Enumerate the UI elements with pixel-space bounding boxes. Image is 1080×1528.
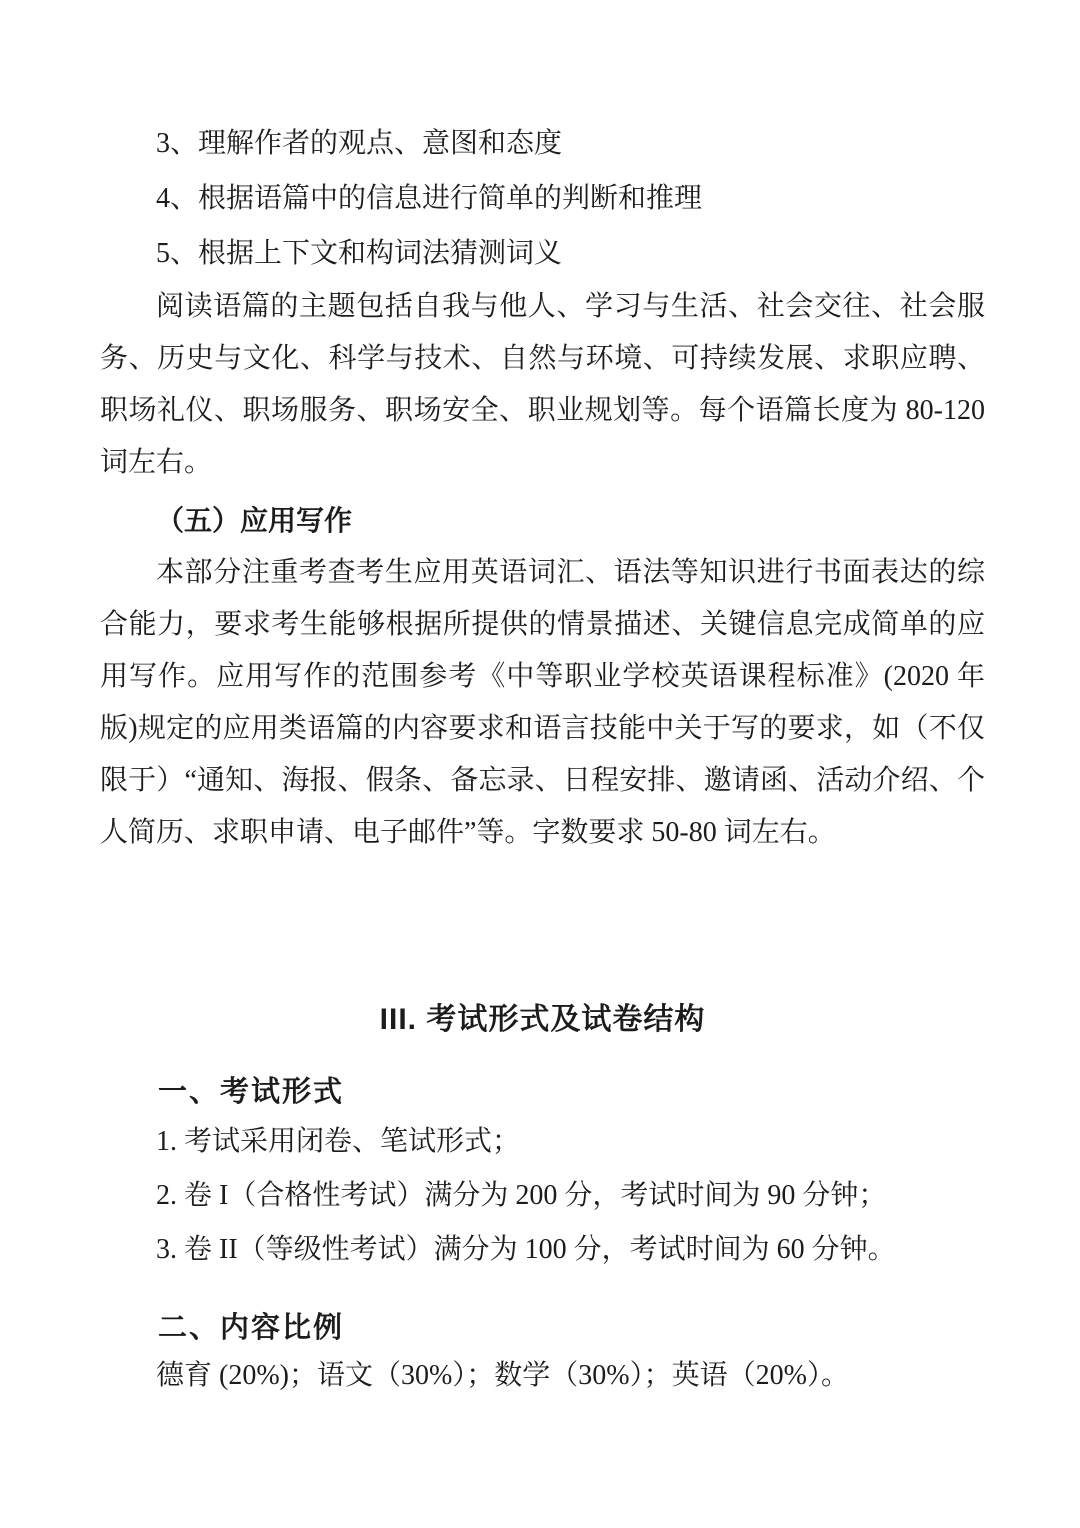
- applied-writing-paragraph: 本部分注重考查考生应用英语词汇、语法等知识进行书面表达的综合能力，要求考生能够根…: [100, 547, 985, 859]
- exam-format-item: 1. 考试采用闭卷、笔试形式；: [100, 1115, 985, 1169]
- section-title: III. 考试形式及试卷结构: [100, 999, 985, 1041]
- content-ratio-text: 德育 (20%)；语文（30%）；数学（30%）；英语（20%）。: [100, 1351, 985, 1401]
- reading-skill-item: 4、根据语篇中的信息进行简单的判断和推理: [100, 171, 985, 226]
- reading-skill-item: 3、理解作者的观点、意图和态度: [100, 116, 985, 171]
- reading-topics-paragraph: 阅读语篇的主题包括自我与他人、学习与生活、社会交往、社会服务、历史与文化、科学与…: [100, 281, 985, 489]
- exam-format-item: 2. 卷 I（合格性考试）满分为 200 分，考试时间为 90 分钟；: [100, 1169, 985, 1223]
- applied-writing-heading: （五）应用写作: [100, 495, 985, 547]
- exam-format-item: 3. 卷 II（等级性考试）满分为 100 分，考试时间为 60 分钟。: [100, 1223, 985, 1277]
- document-page: 3、理解作者的观点、意图和态度 4、根据语篇中的信息进行简单的判断和推理 5、根…: [0, 0, 1080, 1528]
- reading-skill-item: 5、根据上下文和构词法猜测词义: [100, 226, 985, 281]
- document-content: 3、理解作者的观点、意图和态度 4、根据语篇中的信息进行简单的判断和推理 5、根…: [0, 0, 1080, 1401]
- exam-format-heading: 一、考试形式: [100, 1069, 985, 1115]
- content-ratio-heading: 二、内容比例: [100, 1305, 985, 1351]
